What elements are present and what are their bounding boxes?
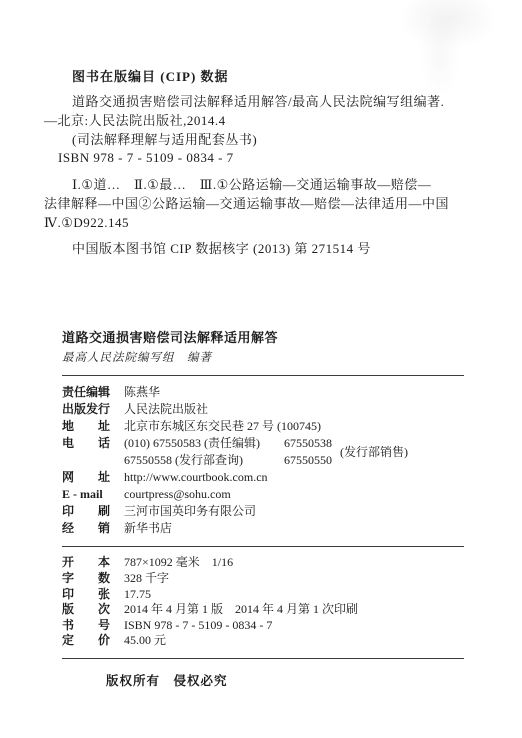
page-content: 图书在版编目 (CIP) 数据 道路交通损害赔偿司法解释适用解答/最高人民法院编… <box>44 68 464 689</box>
row-value: 2014 年 4 月第 1 版 2014 年 4 月第 1 次印刷 <box>124 602 358 618</box>
phone-grid: (010) 67550583 (责任编辑) 67550538 67550558 … <box>124 435 332 469</box>
pub-row-printer: 印 刷 三河市国英印务有限公司 <box>62 503 464 520</box>
pub-row-publisher: 出版发行 人民法院出版社 <box>62 401 464 418</box>
row-label: 责任编辑 <box>62 384 110 401</box>
book-title: 道路交通损害赔偿司法解释适用解答 <box>62 330 464 346</box>
cip-classification-line1: Ⅰ.①道… Ⅱ.①最… Ⅲ.①公路运输—交通运输事故—赔偿— <box>44 176 464 195</box>
publication-info: 责任编辑 陈燕华 出版发行 人民法院出版社 地 址 北京市东城区东交民巷 27 … <box>44 384 464 537</box>
phone-line1-right: 67550538 <box>284 435 332 452</box>
cip-registry-line: 中国版本图书馆 CIP 数据核字 (2013) 第 271514 号 <box>44 240 464 259</box>
cip-classification-line3: Ⅳ.①D922.145 <box>44 214 464 233</box>
row-label: 出版发行 <box>62 401 110 418</box>
phone-sales-note: (发行部销售) <box>340 444 408 461</box>
row-value: 人民法院出版社 <box>124 401 208 418</box>
row-value: 北京市东城区东交民巷 27 号 (100745) <box>124 418 321 435</box>
divider-rule-top <box>62 375 464 376</box>
phone-line2-right: 67550550 <box>284 452 332 469</box>
cip-classification-line2: 法律解释—中国②公路运输—交通运输事故—赔偿—法律适用—中国 <box>44 195 464 214</box>
spec-row-isbn: 书 号 ISBN 978 - 7 - 5109 - 0834 - 7 <box>62 618 464 634</box>
row-label: 定 价 <box>62 633 110 649</box>
row-label: 经 销 <box>62 520 110 537</box>
spec-row-sheets: 印 张 17.75 <box>62 587 464 603</box>
row-value: 328 千字 <box>124 571 169 587</box>
row-label: 书 号 <box>62 618 110 634</box>
row-value: 三河市国英印务有限公司 <box>124 503 256 520</box>
phone-line1-left: (010) 67550583 (责任编辑) <box>124 435 260 452</box>
row-label: 网 址 <box>62 469 110 486</box>
row-label: 字 数 <box>62 571 110 587</box>
row-label: 印 刷 <box>62 503 110 520</box>
spec-row-price: 定 价 45.00 元 <box>62 633 464 649</box>
row-label: 版 次 <box>62 602 110 618</box>
row-value: 17.75 <box>124 587 151 603</box>
row-label: E - mail <box>62 486 110 503</box>
cip-section: 图书在版编目 (CIP) 数据 道路交通损害赔偿司法解释适用解答/最高人民法院编… <box>44 68 464 258</box>
spec-row-wordcount: 字 数 328 千字 <box>62 571 464 587</box>
spec-row-edition: 版 次 2014 年 4 月第 1 版 2014 年 4 月第 1 次印刷 <box>62 602 464 618</box>
cip-heading: 图书在版编目 (CIP) 数据 <box>44 68 464 85</box>
copyright-notice: 版权所有 侵权必究 <box>106 671 464 689</box>
divider-rule-middle <box>62 546 464 547</box>
row-value: 陈燕华 <box>124 384 160 401</box>
print-specs: 开 本 787×1092 毫米 1/16 字 数 328 千字 印 张 17.7… <box>44 555 464 649</box>
pub-row-phone: 电 话 (010) 67550583 (责任编辑) 67550538 67550… <box>62 435 464 469</box>
phone-numbers: (010) 67550583 (责任编辑) 67550538 67550558 … <box>124 435 408 469</box>
cip-entry-line2: —北京:人民法院出版社,2014.4 <box>44 112 464 131</box>
cip-entry-line1: 道路交通损害赔偿司法解释适用解答/最高人民法院编写组编著. <box>44 93 464 112</box>
book-author: 最高人民法院编写组 编著 <box>62 351 464 366</box>
phone-line2-left: 67550558 (发行部查询) <box>124 452 260 469</box>
cip-series-note: (司法解释理解与适用配套丛书) <box>44 131 464 150</box>
cip-isbn: ISBN 978 - 7 - 5109 - 0834 - 7 <box>44 149 464 168</box>
row-label: 印 张 <box>62 587 110 603</box>
row-label: 地 址 <box>62 418 110 435</box>
row-value website-url: http://www.courtbook.com.cn <box>124 469 268 486</box>
spec-row-format: 开 本 787×1092 毫米 1/16 <box>62 555 464 571</box>
row-value: ISBN 978 - 7 - 5109 - 0834 - 7 <box>124 618 272 634</box>
book-copyright-page: 图书在版编目 (CIP) 数据 道路交通损害赔偿司法解释适用解答/最高人民法院编… <box>0 0 522 738</box>
pub-row-distributor: 经 销 新华书店 <box>62 520 464 537</box>
pub-row-email: E - mail courtpress@sohu.com <box>62 486 464 503</box>
pub-row-editor: 责任编辑 陈燕华 <box>62 384 464 401</box>
row-value: 787×1092 毫米 1/16 <box>124 555 233 571</box>
row-value email-address: courtpress@sohu.com <box>124 486 231 503</box>
pub-row-address: 地 址 北京市东城区东交民巷 27 号 (100745) <box>62 418 464 435</box>
pub-row-website: 网 址 http://www.courtbook.com.cn <box>62 469 464 486</box>
row-label: 开 本 <box>62 555 110 571</box>
row-label: 电 话 <box>62 435 110 469</box>
divider-rule-bottom <box>62 658 464 659</box>
row-value: 45.00 元 <box>124 633 166 649</box>
title-block: 道路交通损害赔偿司法解释适用解答 最高人民法院编写组 编著 <box>44 330 464 366</box>
row-value: 新华书店 <box>124 520 172 537</box>
